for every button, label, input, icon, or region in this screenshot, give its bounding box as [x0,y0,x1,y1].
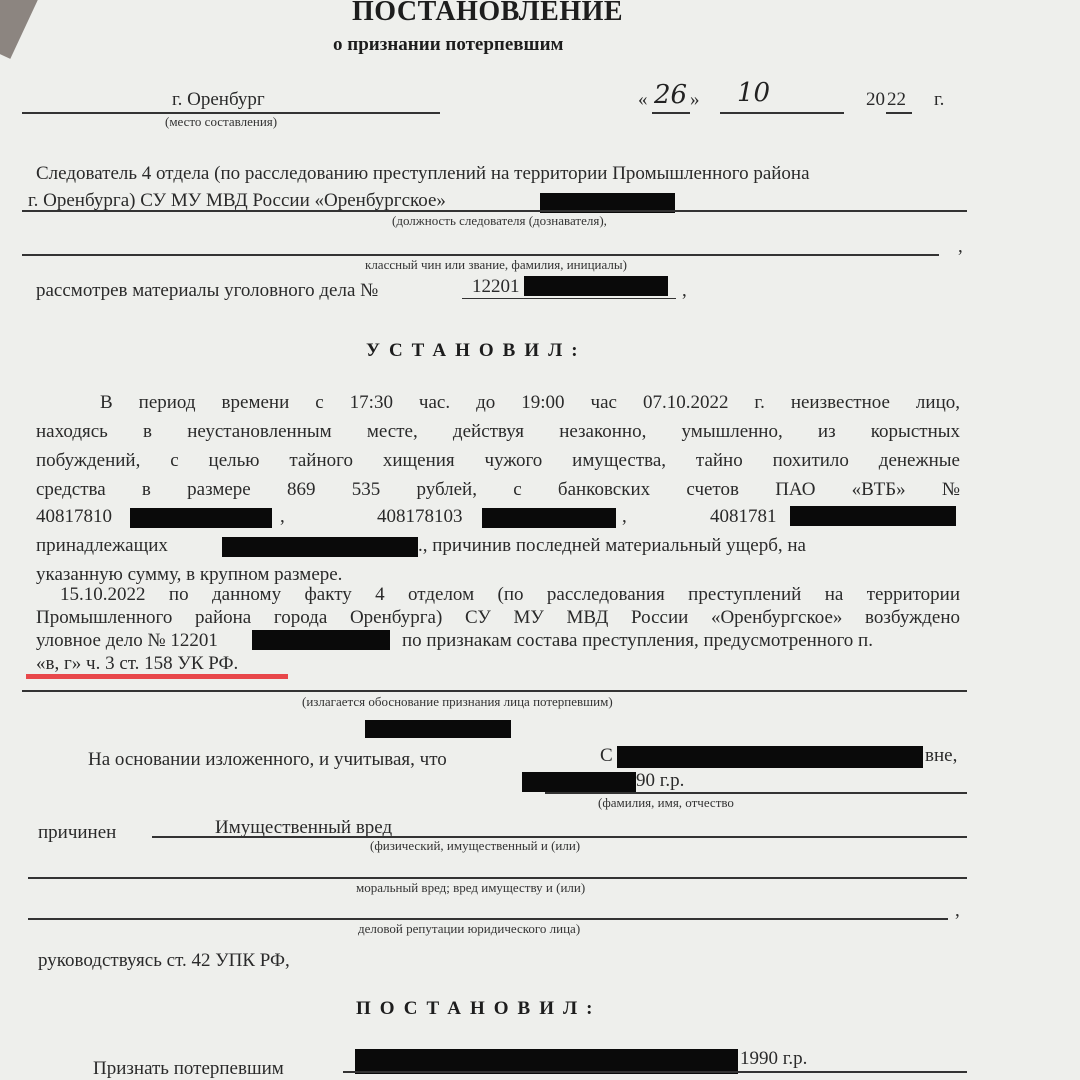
rank-line [22,254,939,256]
owner-label: принадлежащих [36,535,168,557]
redacted-owner-name [222,537,418,557]
paragraph2-line-2: Промышленного района города Оренбурга) С… [36,607,960,629]
established-heading: УСТАНОВИЛ: [366,340,587,362]
redacted-birth-date [522,772,636,792]
paragraph1-line-2: находясь в неустановленным месте, действ… [36,421,960,443]
harm-comma: , [955,900,960,922]
recognize-birth: 1990 г.р. [740,1048,807,1070]
redacted-case-number [524,276,668,296]
justification-line [22,690,967,692]
account-3: 4081781 [710,506,777,528]
paragraph1-line-4: средства в размере 869 535 рублей, с бан… [36,479,960,501]
paragraph1-line-3: побуждений, с целью тайного хищения чужо… [36,450,960,472]
highlight-underline [26,674,288,679]
investigator-line-2: г. Оренбурга) СУ МУ МВД России «Оренбург… [28,190,446,212]
paragraph2-line-3b: по признакам состава преступления, преду… [402,630,873,652]
justification-caption: (излагается обоснование признания лица п… [302,694,613,710]
paragraph2-line-1: 15.10.2022 по данному факту 4 отделом (п… [60,584,960,606]
resolved-heading: ПОСТАНОВИЛ: [356,998,601,1020]
investigator-caption: (должность следователя (дознавателя), [392,213,607,229]
paragraph1-line-1: В период времени с 17:30 час. до 19:00 ч… [100,392,960,414]
case-label: рассмотрев материалы уголовного дела № [36,280,378,302]
account-1: 40817810 [36,506,112,528]
rank-caption: классный чин или звание, фамилия, инициа… [365,257,627,273]
redacted-criminal-case-number [252,630,390,650]
recognize-label: Признать потерпевшим [93,1058,284,1080]
date-year-line [886,112,912,114]
basis-name-start: С [600,745,613,767]
account-2-sep: , [622,506,627,528]
redacted-account-3 [790,506,956,526]
recognize-line [343,1071,967,1073]
date-month: 10 [737,78,770,108]
owner-cont: ., причинив последней материальный ущерб… [418,535,806,557]
rank-comma: , [958,236,963,258]
place-caption: (место составления) [165,114,277,130]
date-day: 26 [654,80,687,110]
harm-caption-3: деловой репутации юридического лица) [358,921,580,937]
redacted-account-1 [130,508,272,528]
account-1-sep: , [280,506,285,528]
guided-by: руководствуясь ст. 42 УПК РФ, [38,950,290,972]
case-comma: , [682,280,687,302]
article-reference: «в, г» ч. 3 ст. 158 УК РФ. [36,653,238,675]
place-value: г. Оренбург [172,89,265,111]
account-2: 408178103 [377,506,463,528]
page-corner-shadow [0,0,44,59]
paragraph2-line-3a: уловное дело № 12201 [36,630,218,652]
date-day-line [652,112,690,114]
case-number: 12201 [472,276,520,298]
document-subtitle: о признании потерпевшим [333,34,564,56]
fio-caption: (фамилия, имя, отчество [598,795,734,811]
harm-line-2 [28,877,967,879]
harm-caption-1: (физический, имущественный и (или) [370,838,580,854]
basis-name-end: вне, [925,745,957,767]
redacted-victim-name [617,746,923,768]
date-year-prefix: 20 [866,89,885,111]
date-month-line [720,112,844,114]
redacted-account-2 [482,508,616,528]
document-title: ПОСТАНОВЛЕНИЕ [352,0,623,28]
harm-label: причинен [38,822,116,844]
case-number-line [462,298,676,299]
date-year-unit: г. [934,89,944,111]
harm-line-3 [28,918,948,920]
basis-birth: 90 г.р. [636,770,684,792]
basis-label: На основании изложенного, и учитывая, чт… [88,749,447,771]
paragraph1-end: указанную сумму, в крупном размере. [36,564,342,586]
redacted-block [365,720,511,738]
harm-caption-2: моральный вред; вред имуществу и (или) [356,880,585,896]
date-close-quote: » [690,89,700,111]
date-year-suffix: 22 [887,89,906,111]
fio-line [545,792,967,794]
date-open-quote: « [638,89,648,111]
investigator-line [22,210,967,212]
investigator-line-1: Следователь 4 отдела (по расследованию п… [36,163,810,185]
